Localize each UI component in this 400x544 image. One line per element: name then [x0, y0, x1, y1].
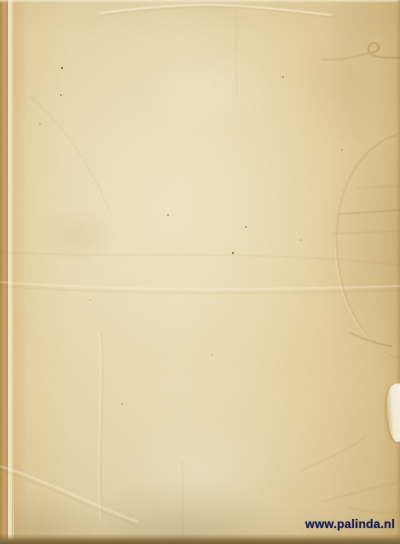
- stain-overlay: [0, 0, 400, 544]
- inner-margin-strip: [8, 0, 14, 544]
- right-paper-edge: [396, 0, 400, 544]
- watermark-text: www.palinda.nl: [305, 517, 395, 531]
- spine-edge: [0, 0, 8, 544]
- top-paper-edge: [0, 0, 400, 3]
- scanned-paper-photo: www.palinda.nl: [0, 0, 400, 544]
- bottom-page-edge: [0, 534, 400, 544]
